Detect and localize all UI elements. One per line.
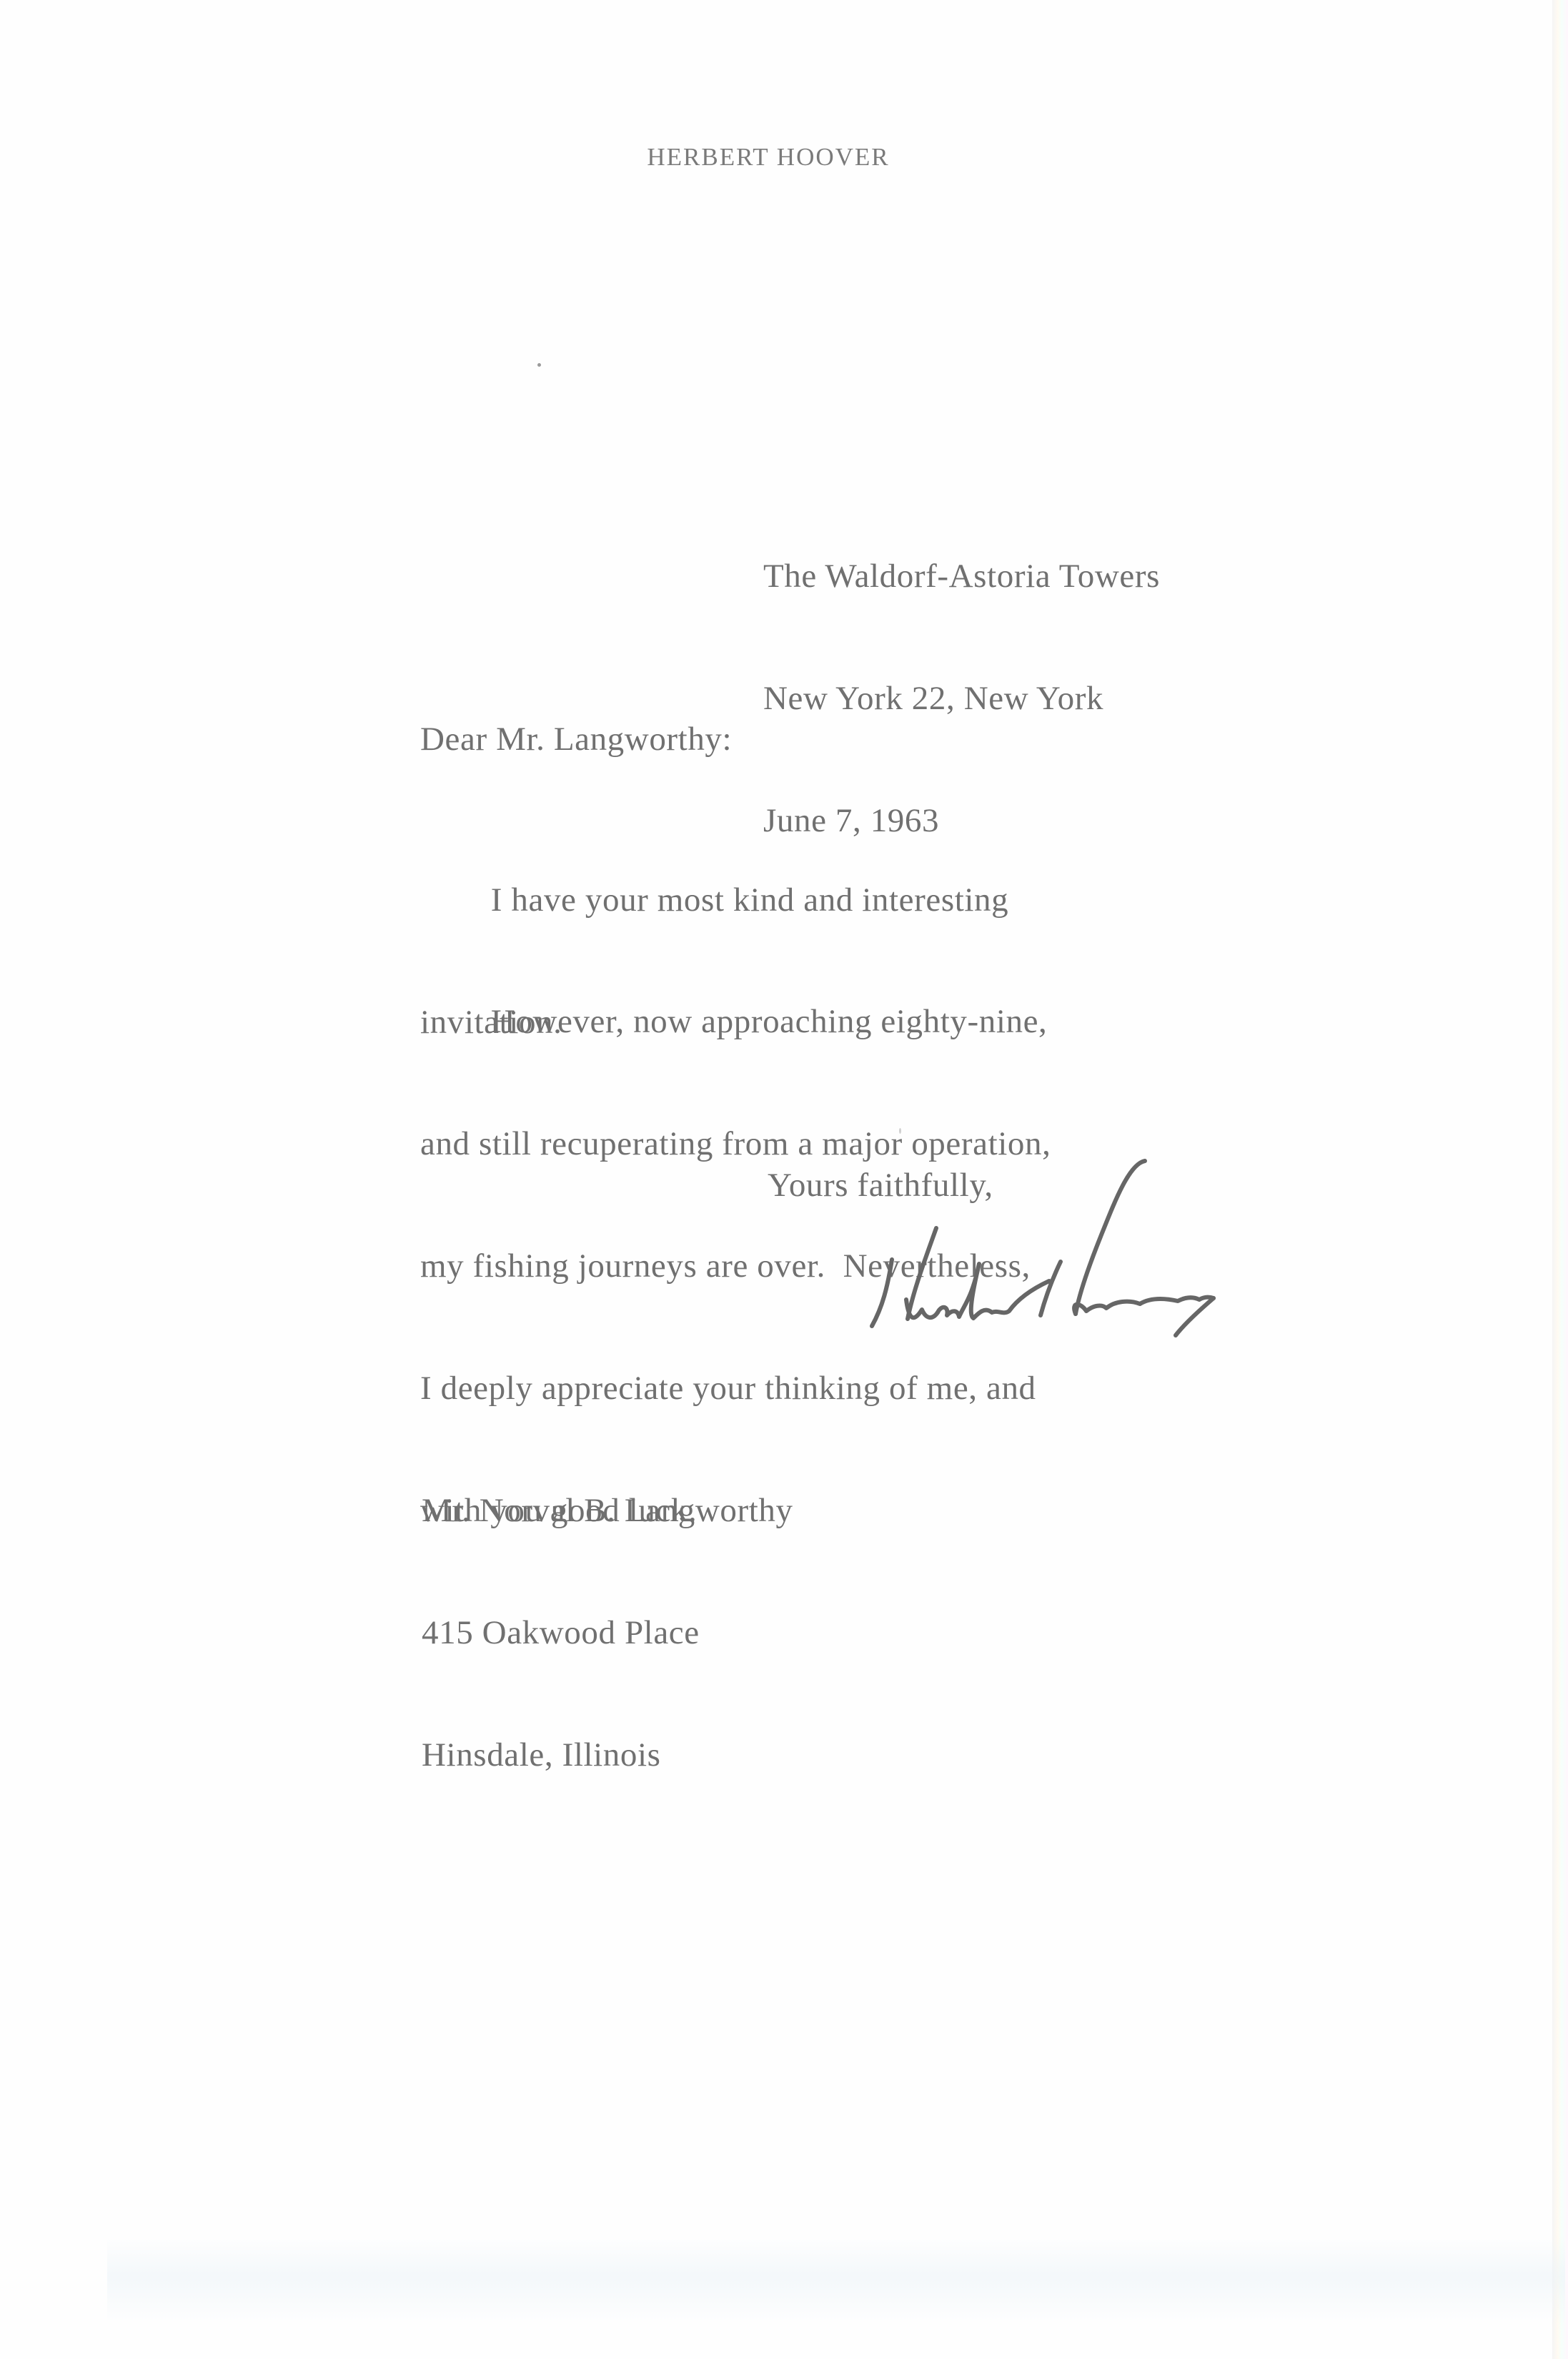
address-line-city: New York 22, New York <box>763 678 1160 719</box>
paper-speck <box>537 363 541 367</box>
salutation: Dear Mr. Langworthy: <box>420 719 732 760</box>
page-edge-scan-artifact <box>1552 0 1568 2359</box>
recipient-address: Mr. Norval B. Langworthy 415 Oakwood Pla… <box>422 1409 793 1816</box>
body-line: I have your most kind and interesting <box>420 880 1008 921</box>
recipient-street: 415 Oakwood Place <box>422 1613 793 1653</box>
show-through-artifact <box>107 2237 1565 2323</box>
letterhead: HERBERT HOOVER <box>0 143 1537 172</box>
paper-speck <box>899 1128 901 1134</box>
body-line: However, now approaching eighty-nine, <box>420 1002 1051 1042</box>
address-line-building: The Waldorf-Astoria Towers <box>763 556 1160 597</box>
recipient-city: Hinsdale, Illinois <box>422 1735 793 1776</box>
recipient-name: Mr. Norval B. Langworthy <box>422 1490 793 1531</box>
body-line: I deeply appreciate your thinking of me,… <box>420 1368 1051 1409</box>
handwritten-signature <box>858 1144 1501 1358</box>
